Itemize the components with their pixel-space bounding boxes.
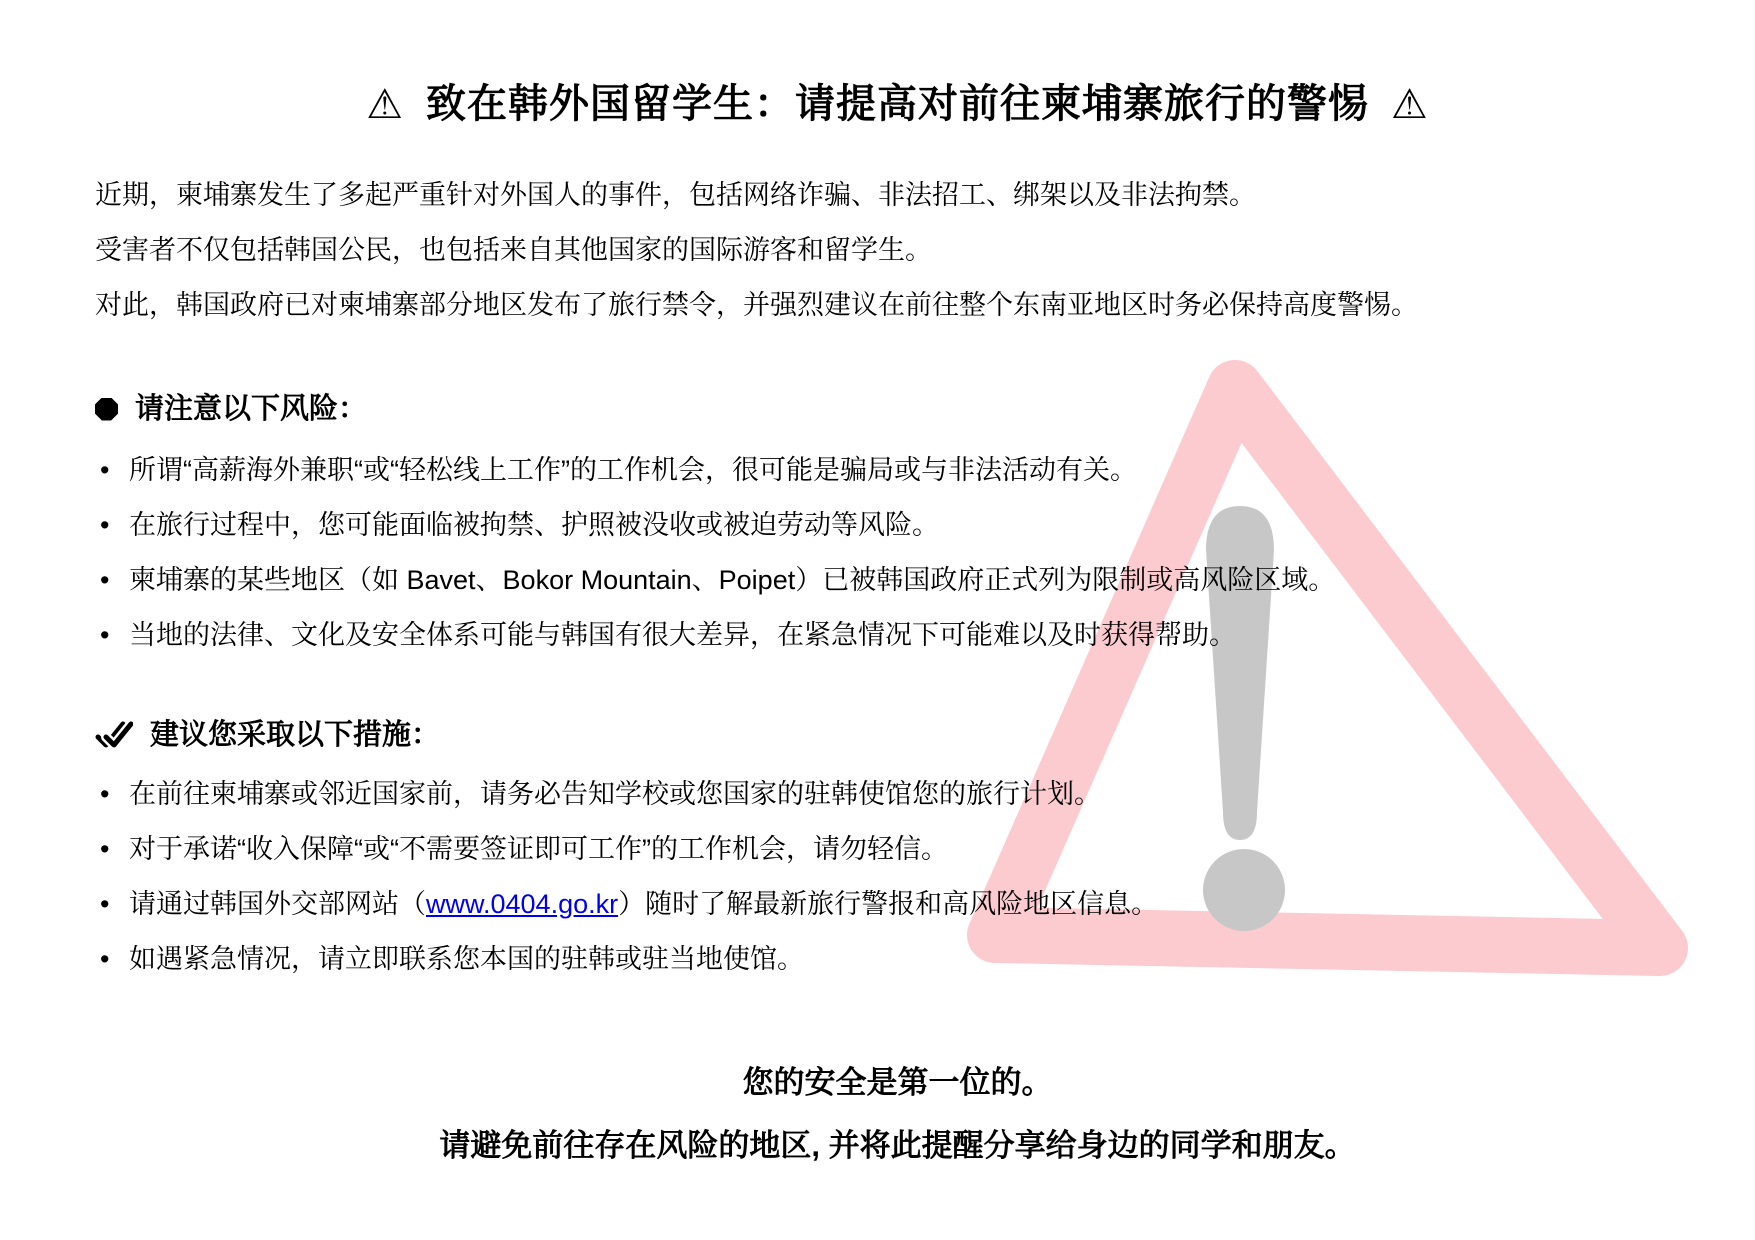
page-title: 致在韩外国留学生：请提高对前往柬埔寨旅行的警惕	[426, 78, 1369, 130]
advice-item: • 在前往柬埔寨或邻近国家前，请务必告知学校或您国家的驻韩使馆您的旅行计划。	[95, 767, 1700, 822]
bullet-dot-icon: •	[95, 498, 129, 553]
advice-heading-label: 建议您采取以下措施：	[150, 715, 440, 755]
octagon-bullet-icon	[95, 398, 118, 421]
risk-item-text: 所谓“高薪海外兼职“或“轻松线上工作”的工作机会，很可能是骗局或与非法活动有关。	[129, 443, 1137, 498]
advice-item-text: 在前往柬埔寨或邻近国家前，请务必告知学校或您国家的驻韩使馆您的旅行计划。	[129, 767, 1101, 822]
advice-list: • 在前往柬埔寨或邻近国家前，请务必告知学校或您国家的驻韩使馆您的旅行计划。 •…	[95, 767, 1700, 987]
document-content: ⚠ 致在韩外国留学生：请提高对前往柬埔寨旅行的警惕 ⚠ 近期，柬埔寨发生了多起严…	[0, 78, 1755, 1177]
risk-item: • 所谓“高薪海外兼职“或“轻松线上工作”的工作机会，很可能是骗局或与非法活动有…	[95, 443, 1700, 498]
bullet-dot-icon: •	[95, 443, 129, 498]
double-checkmark-icon	[95, 720, 133, 750]
risk-item: • 柬埔寨的某些地区（如 Bavet、Bokor Mountain、Poipet…	[95, 553, 1700, 608]
risk-item-text: 柬埔寨的某些地区（如 Bavet、Bokor Mountain、Poipet）已…	[129, 553, 1335, 608]
advice-item-text-prefix: 请通过韩国外交部网站（	[129, 889, 426, 919]
advice-item-text-suffix: ）随时了解最新旅行警报和高风险地区信息。	[618, 889, 1158, 919]
risk-item-text: 在旅行过程中，您可能面临被拘禁、护照被没收或被迫劳动等风险。	[129, 498, 939, 553]
bullet-dot-icon: •	[95, 932, 129, 987]
risk-item: • 当地的法律、文化及安全体系可能与韩国有很大差异，在紧急情况下可能难以及时获得…	[95, 608, 1700, 663]
advice-item-text: 对于承诺“收入保障“或“不需要签证即可工作”的工作机会，请勿轻信。	[129, 822, 948, 877]
intro-section: 近期，柬埔寨发生了多起严重针对外国人的事件，包括网络诈骗、非法招工、绑架以及非法…	[95, 168, 1700, 333]
intro-paragraph: 近期，柬埔寨发生了多起严重针对外国人的事件，包括网络诈骗、非法招工、绑架以及非法…	[95, 168, 1700, 223]
intro-paragraph: 受害者不仅包括韩国公民，也包括来自其他国家的国际游客和留学生。	[95, 223, 1700, 278]
risks-section-heading: 请注意以下风险：	[95, 389, 1700, 429]
bullet-dot-icon: •	[95, 877, 129, 932]
footer-line-2: 请避免前往存在风险的地区, 并将此提醒分享给身边的同学和朋友。	[95, 1114, 1700, 1177]
risk-item: • 在旅行过程中，您可能面临被拘禁、护照被没收或被迫劳动等风险。	[95, 498, 1700, 553]
advice-item: • 请通过韩国外交部网站（www.0404.go.kr）随时了解最新旅行警报和高…	[95, 877, 1700, 932]
footer-line-1: 您的安全是第一位的。	[95, 1051, 1700, 1114]
risks-list: • 所谓“高薪海外兼职“或“轻松线上工作”的工作机会，很可能是骗局或与非法活动有…	[95, 443, 1700, 663]
bullet-dot-icon: •	[95, 608, 129, 663]
notice-document: ⚠ 致在韩外国留学生：请提高对前往柬埔寨旅行的警惕 ⚠ 近期，柬埔寨发生了多起严…	[0, 0, 1755, 1240]
bullet-dot-icon: •	[95, 822, 129, 877]
advice-item: • 如遇紧急情况，请立即联系您本国的驻韩或驻当地使馆。	[95, 932, 1700, 987]
intro-paragraph: 对此，韩国政府已对柬埔寨部分地区发布了旅行禁令，并强烈建议在前往整个东南亚地区时…	[95, 278, 1700, 333]
advice-section-heading: 建议您采取以下措施：	[95, 715, 1700, 755]
page-title-row: ⚠ 致在韩外国留学生：请提高对前往柬埔寨旅行的警惕 ⚠	[95, 78, 1700, 130]
risks-heading-label: 请注意以下风险：	[135, 389, 367, 429]
moafa-website-link[interactable]: www.0404.go.kr	[426, 889, 618, 919]
footer-message: 您的安全是第一位的。 请避免前往存在风险的地区, 并将此提醒分享给身边的同学和朋…	[95, 1051, 1700, 1177]
advice-item-text: 如遇紧急情况，请立即联系您本国的驻韩或驻当地使馆。	[129, 932, 804, 987]
bullet-dot-icon: •	[95, 553, 129, 608]
advice-item: • 对于承诺“收入保障“或“不需要签证即可工作”的工作机会，请勿轻信。	[95, 822, 1700, 877]
risk-item-text: 当地的法律、文化及安全体系可能与韩国有很大差异，在紧急情况下可能难以及时获得帮助…	[129, 608, 1236, 663]
bullet-dot-icon: •	[95, 767, 129, 822]
warning-icon: ⚠	[1391, 84, 1429, 125]
advice-item-text: 请通过韩国外交部网站（www.0404.go.kr）随时了解最新旅行警报和高风险…	[129, 877, 1158, 932]
warning-icon: ⚠	[366, 84, 404, 125]
